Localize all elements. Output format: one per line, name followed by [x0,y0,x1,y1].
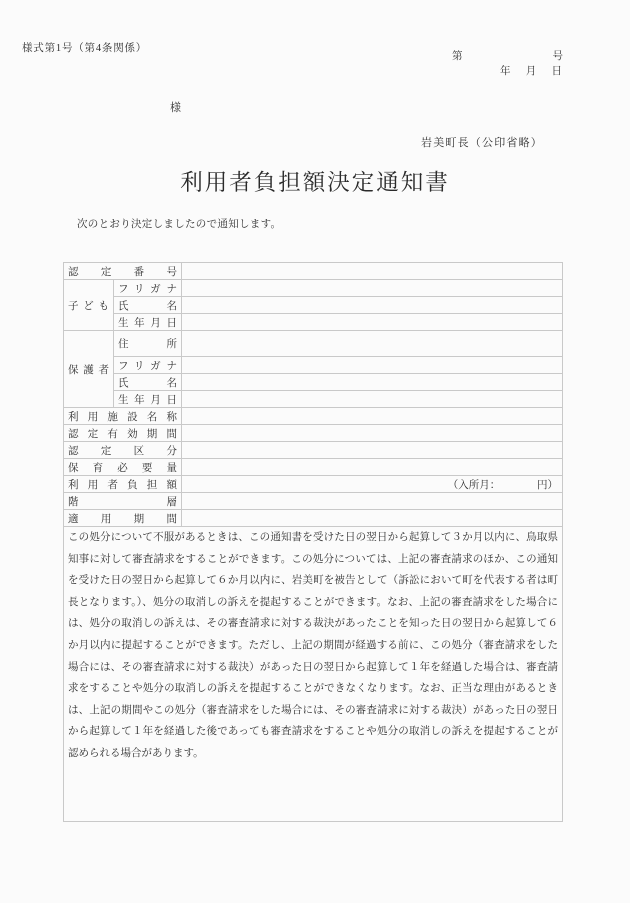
page-title: 利用者負担額決定通知書 [0,168,630,197]
certification-valid-period-label: 認定有効期間 [64,425,182,442]
certification-number-label: 認定番号 [64,263,182,280]
child-birthdate-value [182,314,563,331]
child-furigana-label: フリガナ [114,280,182,297]
tier-label: 階層 [64,493,182,510]
guardian-furigana-value [182,357,563,374]
document-number-prefix: 第 [452,48,463,63]
date-line: 年 月 日 [500,63,562,78]
guardian-address-label: 住所 [114,331,182,357]
guardian-furigana-label: フリガナ [114,357,182,374]
addressee-suffix: 様 [170,99,181,115]
table-row: 保育必要量 [64,459,563,476]
notice-subtitle: 次のとおり決定しましたので通知します。 [77,216,281,231]
table-row: 階層 [64,493,563,510]
certification-valid-period-value [182,425,563,442]
table-row: 認定有効期間 [64,425,563,442]
certification-category-label: 認定区分 [64,442,182,459]
table-row: 利用施設名称 [64,408,563,425]
notice-table: 認定番号 子ども フリガナ 氏名 生年月日 保護者 住所 フリガナ 氏名 [63,262,563,822]
sender-name: 岩美町長（公印省略） [421,134,543,150]
document-number-line: 第 号 [452,48,563,63]
applicable-period-value [182,510,563,527]
certification-category-value [182,442,563,459]
certification-number-value [182,263,563,280]
guardian-name-value [182,374,563,391]
document-number-suffix: 号 [553,48,564,63]
table-row: 氏名 [64,297,563,314]
table-row: 生年月日 [64,314,563,331]
table-row: この処分について不服があるときは、この通知書を受けた日の翌日から起算して３か月以… [64,527,563,822]
table-row: 保護者 住所 [64,331,563,357]
notice-document: 様式第1号（第4条関係） 第 号 年 月 日 様 岩美町長（公印省略） 利用者負… [0,0,630,903]
guardian-birthdate-label: 生年月日 [114,391,182,408]
facility-name-value [182,408,563,425]
table-row: 子ども フリガナ [64,280,563,297]
table-row: 生年月日 [64,391,563,408]
facility-name-label: 利用施設名称 [64,408,182,425]
guardian-group-label: 保護者 [64,331,114,408]
applicable-period-label: 適用期間 [64,510,182,527]
date-month-label: 月 [526,63,537,78]
childcare-required-amount-value [182,459,563,476]
table-row: 適用期間 [64,510,563,527]
table-row: 利用者負担額 （入所月： 円） [64,476,563,493]
user-burden-amount-value: （入所月： 円） [182,476,563,493]
table-row: 認定番号 [64,263,563,280]
guardian-birthdate-value [182,391,563,408]
childcare-required-amount-label: 保育必要量 [64,459,182,476]
date-year-label: 年 [500,63,511,78]
date-day-label: 日 [552,63,563,78]
child-name-value [182,297,563,314]
user-burden-amount-label: 利用者負担額 [64,476,182,493]
table-row: 認定区分 [64,442,563,459]
table-row: フリガナ [64,357,563,374]
guardian-name-label: 氏名 [114,374,182,391]
form-number: 様式第1号（第4条関係） [22,40,147,55]
child-furigana-value [182,280,563,297]
appeal-instructions-note: この処分について不服があるときは、この通知書を受けた日の翌日から起算して３か月以… [64,527,563,822]
table-row: 氏名 [64,374,563,391]
child-birthdate-label: 生年月日 [114,314,182,331]
tier-value [182,493,563,510]
guardian-address-value [182,331,563,357]
child-name-label: 氏名 [114,297,182,314]
child-group-label: 子ども [64,280,114,331]
